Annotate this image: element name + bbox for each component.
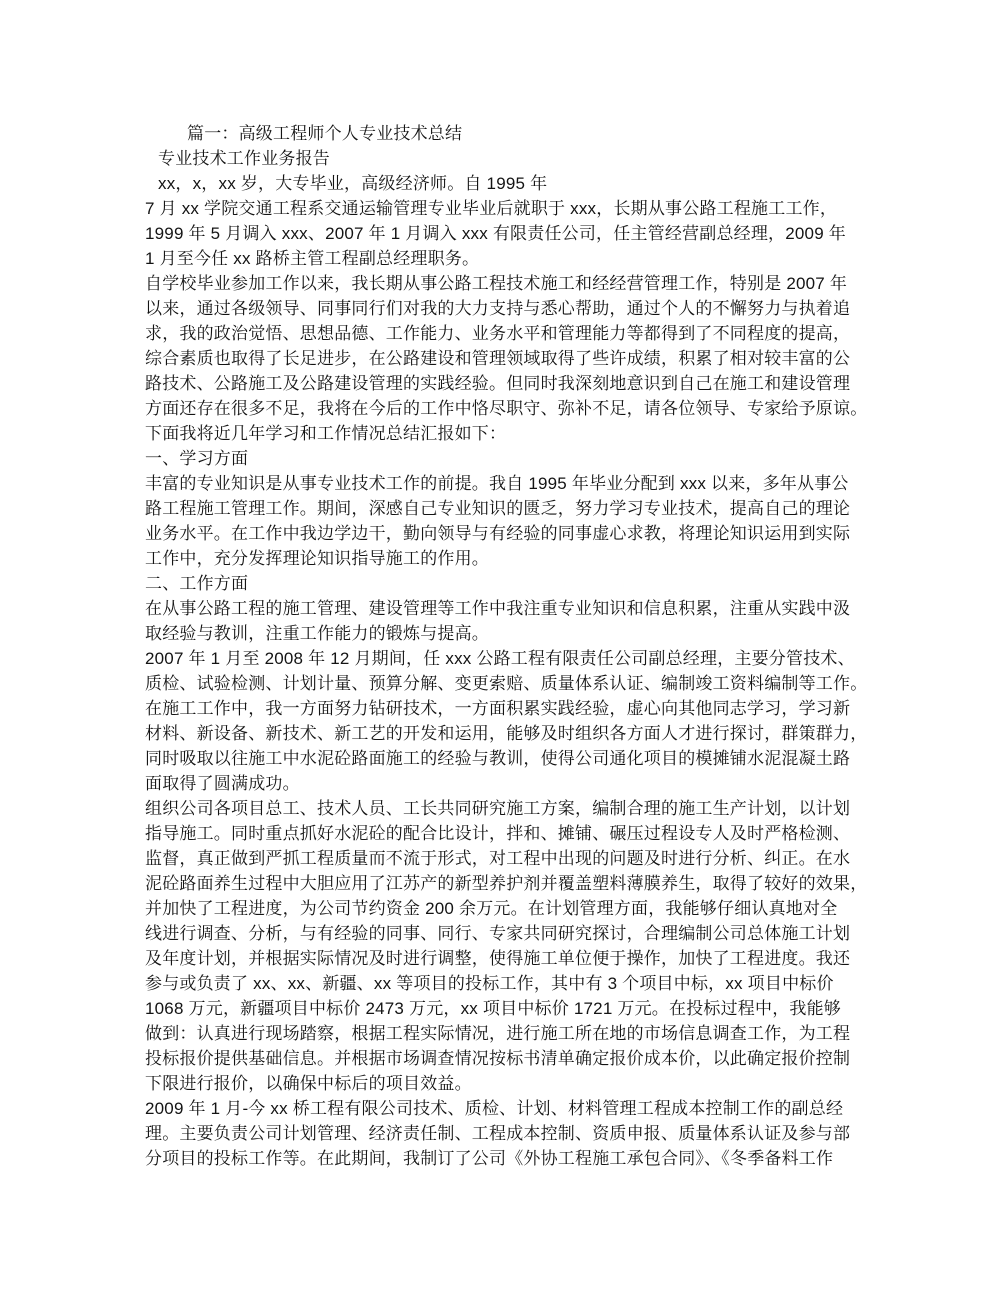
text-line: 丰富的专业知识是从事专业技术工作的前提。我自 1995 年毕业分配到 xxx 以… [145, 471, 873, 496]
text-line: 路工程施工管理工作。期间，深感自己专业知识的匮乏，努力学习专业技术，提高自己的理… [145, 496, 873, 521]
text-line: 方面还存在很多不足，我将在今后的工作中恪尽职守、弥补不足，请各位领导、专家给予原… [145, 396, 873, 421]
text-line: 业务水平。在工作中我边学边干，勤向领导与有经验的同事虚心求教，将理论知识运用到实… [145, 521, 873, 546]
text-line: 材料、新设备、新技术、新工艺的开发和运用，能够及时组织各方面人才进行探讨，群策群… [145, 721, 873, 746]
text-line: 2009 年 1 月-今 xx 桥工程有限公司技术、质检、计划、材料管理工程成本… [145, 1096, 873, 1121]
text-line: 下面我将近几年学习和工作情况总结汇报如下： [145, 421, 873, 446]
document-body: 篇一：高级工程师个人专业技术总结专业技术工作业务报告xx，x，xx 岁，大专毕业… [145, 121, 873, 1171]
text-line: 指导施工。同时重点抓好水泥砼的配合比设计，拌和、摊铺、碾压过程设专人及时严格检测… [145, 821, 873, 846]
text-line: 下限进行报价，以确保中标后的项目效益。 [145, 1071, 873, 1096]
document-page: { "page": { "background_color": "#ffffff… [0, 0, 1000, 1295]
text-line: 组织公司各项目总工、技术人员、工长共同研究施工方案，编制合理的施工生产计划，以计… [145, 796, 873, 821]
text-line: 求，我的政治觉悟、思想品德、工作能力、业务水平和管理能力等都得到了不同程度的提高… [145, 321, 873, 346]
text-line: 投标报价提供基础信息。并根据市场调查情况按标书清单确定报价成本价，以此确定报价控… [145, 1046, 873, 1071]
text-line: 做到：认真进行现场踏察，根据工程实际情况，进行施工所在地的市场信息调查工作，为工… [145, 1021, 873, 1046]
text-line: 线进行调查、分析，与有经验的同事、同行、专家共同研究探讨，合理编制公司总体施工计… [145, 921, 873, 946]
text-line: 分项目的投标工作等。在此期间，我制订了公司《外协工程施工承包合同》、《冬季备料工… [145, 1146, 873, 1171]
text-line: 以来，通过各级领导、同事同行们对我的大力支持与悉心帮助，通过个人的不懈努力与执着… [145, 296, 873, 321]
text-line: 综合素质也取得了长足进步，在公路建设和管理领域取得了些许成绩，积累了相对较丰富的… [145, 346, 873, 371]
text-line: 路技术、公路施工及公路建设管理的实践经验。但同时我深刻地意识到自己在施工和建设管… [145, 371, 873, 396]
text-line: 自学校毕业参加工作以来，我长期从事公路工程技术施工和经经营管理工作，特别是 20… [145, 271, 873, 296]
text-line: 二、工作方面 [145, 571, 873, 596]
text-line: 参与或负责了 xx、xx、新疆、xx 等项目的投标工作，其中有 3 个项目中标，… [145, 971, 873, 996]
document-canvas: 篇一：高级工程师个人专业技术总结专业技术工作业务报告xx，x，xx 岁，大专毕业… [0, 0, 1000, 1295]
text-line: 理。主要负责公司计划管理、经济责任制、工程成本控制、资质申报、质量体系认证及参与… [145, 1121, 873, 1146]
text-line: 取经验与教训，注重工作能力的锻炼与提高。 [145, 621, 873, 646]
text-line: 在施工工作中，我一方面努力钻研技术，一方面积累实践经验，虚心向其他同志学习，学习… [145, 696, 873, 721]
text-line: 同时吸取以往施工中水泥砼路面施工的经验与教训，使得公司通化项目的模摊铺水泥混凝土… [145, 746, 873, 771]
text-line: xx，x，xx 岁，大专毕业，高级经济师。自 1995 年 [145, 171, 873, 196]
document-title-line: 篇一：高级工程师个人专业技术总结 [145, 121, 873, 146]
text-line: 质检、试验检测、计划计量、预算分解、变更索赔、质量体系认证、编制竣工资料编制等工… [145, 671, 873, 696]
text-line: 7 月 xx 学院交通工程系交通运输管理专业毕业后就职于 xxx，长期从事公路工… [145, 196, 873, 221]
text-line: 监督，真正做到严抓工程质量而不流于形式，对工程中出现的问题及时进行分析、纠正。在… [145, 846, 873, 871]
text-line: 及年度计划，并根据实际情况及时进行调整，使得施工单位便于操作，加快了工程进度。我… [145, 946, 873, 971]
text-line: 泥砼路面养生过程中大胆应用了江苏产的新型养护剂并覆盖塑料薄膜养生，取得了较好的效… [145, 871, 873, 896]
text-line: 1999 年 5 月调入 xxx、2007 年 1 月调入 xxx 有限责任公司… [145, 221, 873, 246]
text-line: 工作中，充分发挥理论知识指导施工的作用。 [145, 546, 873, 571]
text-line: 1 月至今任 xx 路桥主管工程副总经理职务。 [145, 246, 873, 271]
text-line: 1068 万元，新疆项目中标价 2473 万元，xx 项目中标价 1721 万元… [145, 996, 873, 1021]
text-line: 一、学习方面 [145, 446, 873, 471]
text-line: 专业技术工作业务报告 [145, 146, 873, 171]
text-line: 面取得了圆满成功。 [145, 771, 873, 796]
text-line: 并加快了工程进度，为公司节约资金 200 余万元。在计划管理方面，我能够仔细认真… [145, 896, 873, 921]
text-line: 2007 年 1 月至 2008 年 12 月期间，任 xxx 公路工程有限责任… [145, 646, 873, 671]
text-line: 在从事公路工程的施工管理、建设管理等工作中我注重专业知识和信息积累，注重从实践中… [145, 596, 873, 621]
